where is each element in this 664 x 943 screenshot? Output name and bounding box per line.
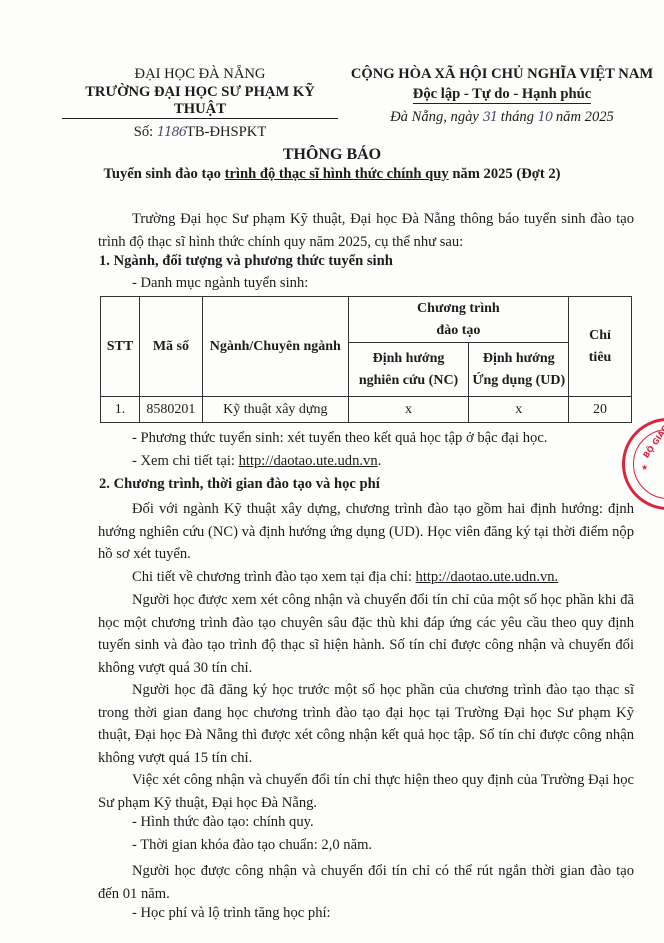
stamp-text: BỘ GIÁO	[641, 423, 664, 459]
university-name: ĐẠI HỌC ĐÀ NẴNG	[62, 64, 338, 84]
cell-ud: x	[469, 397, 569, 423]
issuer-block: ĐẠI HỌC ĐÀ NẴNG TRƯỜNG ĐẠI HỌC SƯ PHẠM K…	[62, 64, 338, 143]
school-name: TRƯỜNG ĐẠI HỌC SƯ PHẠM KỸ THUẬT	[62, 84, 338, 119]
section-2-heading: 2. Chương trình, thời gian đào tạo và họ…	[99, 476, 380, 493]
header-code: Mã số	[139, 297, 202, 397]
tuition-label: - Học phí và lộ trình tăng học phí:	[132, 905, 331, 922]
intro-paragraph: Trường Đại học Sư phạm Kỹ thuật, Đại học…	[98, 208, 634, 253]
cell-nc: x	[348, 397, 469, 423]
document-subtitle: Tuyển sinh đào tạo trình độ thạc sĩ hình…	[0, 166, 664, 183]
header-nc: Định hướng nghiên cứu (NC)	[348, 343, 469, 397]
header-ud: Định hướng Ứng dụng (UD)	[469, 343, 569, 397]
header-quota: Chỉ tiêu	[569, 297, 632, 397]
majors-list-label: - Danh mục ngành tuyển sinh:	[132, 275, 308, 292]
section-2-paragraph-3: Người học được xem xét công nhận và chuy…	[98, 589, 634, 679]
handwritten-month: 10	[538, 110, 553, 125]
admission-method: - Phương thức tuyển sinh: xét tuyển theo…	[132, 430, 547, 447]
table-row: 1. 8580201 Kỹ thuật xây dựng x x 20	[101, 397, 632, 423]
stamp-star-icon: ★	[641, 463, 648, 472]
official-stamp: BỘ GIÁO ★	[622, 418, 664, 510]
majors-table: STT Mã số Ngành/Chuyên ngành Chương trìn…	[100, 296, 632, 423]
section-2-paragraph-6: Người học được công nhận và chuyển đổi t…	[98, 860, 634, 905]
section-2-paragraph-1: Đối với ngành Kỹ thuật xây dựng, chương …	[98, 498, 634, 566]
section-2-paragraph-5: Việc xét công nhận và chuyển đổi tín chỉ…	[98, 769, 634, 814]
program-details-line: Chi tiết về chương trình đào tạo xem tại…	[98, 566, 634, 589]
document-number: Số: 1186TB-ĐHSPKT	[62, 122, 338, 143]
section-1-heading: 1. Ngành, đối tượng và phương thức tuyển…	[99, 253, 393, 270]
cell-quota: 20	[569, 397, 632, 423]
details-line: - Xem chi tiết tại: http://daotao.ute.ud…	[132, 453, 381, 470]
program-link[interactable]: http://daotao.ute.udn.vn.	[416, 569, 559, 585]
national-motto: Độc lập - Tự do - Hạnh phúc	[413, 86, 591, 104]
header-major: Ngành/Chuyên ngành	[202, 297, 348, 397]
cell-major: Kỹ thuật xây dựng	[202, 397, 348, 423]
header-program: Chương trình đào tạo	[348, 297, 568, 343]
country-name: CỘNG HÒA XÃ HỘI CHỦ NGHĨA VIỆT NAM	[340, 64, 664, 84]
national-header: CỘNG HÒA XÃ HỘI CHỦ NGHĨA VIỆT NAM Độc l…	[340, 64, 664, 128]
details-link[interactable]: http://daotao.ute.udn.vn	[239, 453, 378, 469]
document-title: THÔNG BÁO	[0, 146, 664, 164]
document-date: Đà Nẵng, ngày 31 tháng 10 năm 2025	[340, 107, 664, 128]
handwritten-number: 1186	[157, 125, 186, 140]
cell-stt: 1.	[101, 397, 140, 423]
header-stt: STT	[101, 297, 140, 397]
handwritten-day: 31	[483, 110, 498, 125]
section-2-paragraph-4: Người học đã đăng ký học trước một số họ…	[98, 679, 634, 769]
cell-code: 8580201	[139, 397, 202, 423]
training-form: - Hình thức đào tạo: chính quy.	[132, 814, 314, 831]
training-duration: - Thời gian khóa đào tạo chuẩn: 2,0 năm.	[132, 837, 372, 854]
